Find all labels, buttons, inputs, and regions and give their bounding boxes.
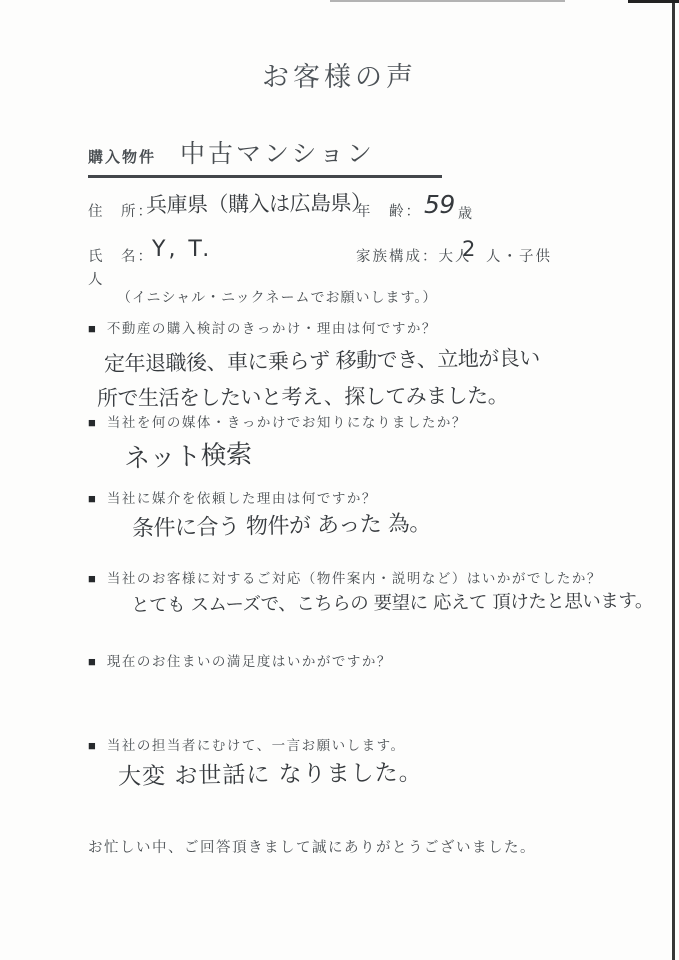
question-item-4: ■ 当社のお客様に対するご対応（物件案内・説明など）はいかがでしたか？ (88, 570, 602, 587)
question-label: 当社を何の媒体・きっかけでお知りになりましたか？ (107, 414, 467, 431)
answer-2-handwritten: ネット検索 (123, 434, 252, 475)
question-label: 当社に媒介を依頼した理由は何ですか？ (107, 490, 377, 507)
square-bullet-icon: ■ (88, 737, 96, 754)
question-item-1: ■ 不動産の購入検討のきっかけ・理由は何ですか？ (88, 320, 437, 337)
name-value-handwritten: Y, T. (152, 237, 212, 262)
scanned-feedback-form: お客様の声 購入物件 中古マンション 住 所： 兵庫県（購入は広島県） 年 齢：… (0, 0, 679, 960)
question-label: 当社の担当者にむけて、一言お願いします。 (107, 737, 406, 754)
property-header: 購入物件 中古マンション (88, 134, 442, 178)
question-label: 当社のお客様に対するご対応（物件案内・説明など）はいかがでしたか？ (107, 570, 602, 587)
address-label: 住 所： (88, 200, 154, 221)
name-label: 氏 名： (88, 245, 154, 266)
family-composition-label: 家族構成：大人 (356, 245, 472, 266)
family-children-label: 人・子供 (486, 245, 552, 266)
question-item-6: ■ 当社の担当者にむけて、一言お願いします。 (88, 737, 406, 754)
age-unit-label: 歳 (458, 203, 474, 223)
question-item-5: ■ 現在のお住まいの満足度はいかがですか？ (88, 653, 392, 670)
square-bullet-icon: ■ (88, 414, 96, 431)
answer-1-handwritten-line-2: 所で生活をしたいと考え、探してみました。 (97, 380, 508, 413)
square-bullet-icon: ■ (88, 570, 96, 587)
square-bullet-icon: ■ (88, 490, 96, 507)
family-adults-count-handwritten: 2 (462, 237, 475, 261)
question-label: 不動産の購入検討のきっかけ・理由は何ですか？ (107, 320, 437, 337)
family-label-wrapped-char: 人 (88, 268, 105, 289)
answer-4-handwritten: とても スムーズで、こちらの 要望に 応えて 頂けたと思います。 (131, 587, 653, 618)
address-value-handwritten: 兵庫県（購入は広島県） (146, 187, 372, 219)
initials-note: （イニシャル・ニックネームでお願いします。） (117, 287, 437, 307)
age-value-handwritten: 59 (424, 190, 455, 219)
scan-artifact-top-line-faint (330, 0, 565, 2)
question-item-2: ■ 当社を何の媒体・きっかけでお知りになりましたか？ (88, 414, 467, 431)
property-value-handwritten: 中古マンション (180, 134, 375, 170)
answer-3-handwritten: 条件に合う 物件が あった 為。 (132, 506, 431, 542)
age-label: 年 齢： (356, 200, 422, 221)
property-label: 購入物件 (88, 146, 156, 167)
question-item-3: ■ 当社に媒介を依頼した理由は何ですか？ (88, 490, 377, 507)
answer-1-handwritten-line-1: 定年退職後、車に乗らず 移動でき、立地が良い (104, 342, 540, 378)
page-title: お客様の声 (0, 55, 679, 94)
thank-you-footer: お忙しい中、ご回答頂きまして誠にありがとうございました。 (88, 836, 536, 857)
square-bullet-icon: ■ (88, 320, 96, 337)
square-bullet-icon: ■ (88, 653, 96, 670)
question-label: 現在のお住まいの満足度はいかがですか？ (107, 653, 392, 670)
answer-6-handwritten: 大変 お世話に なりました。 (118, 754, 423, 791)
scan-artifact-right-edge-line (672, 0, 675, 960)
